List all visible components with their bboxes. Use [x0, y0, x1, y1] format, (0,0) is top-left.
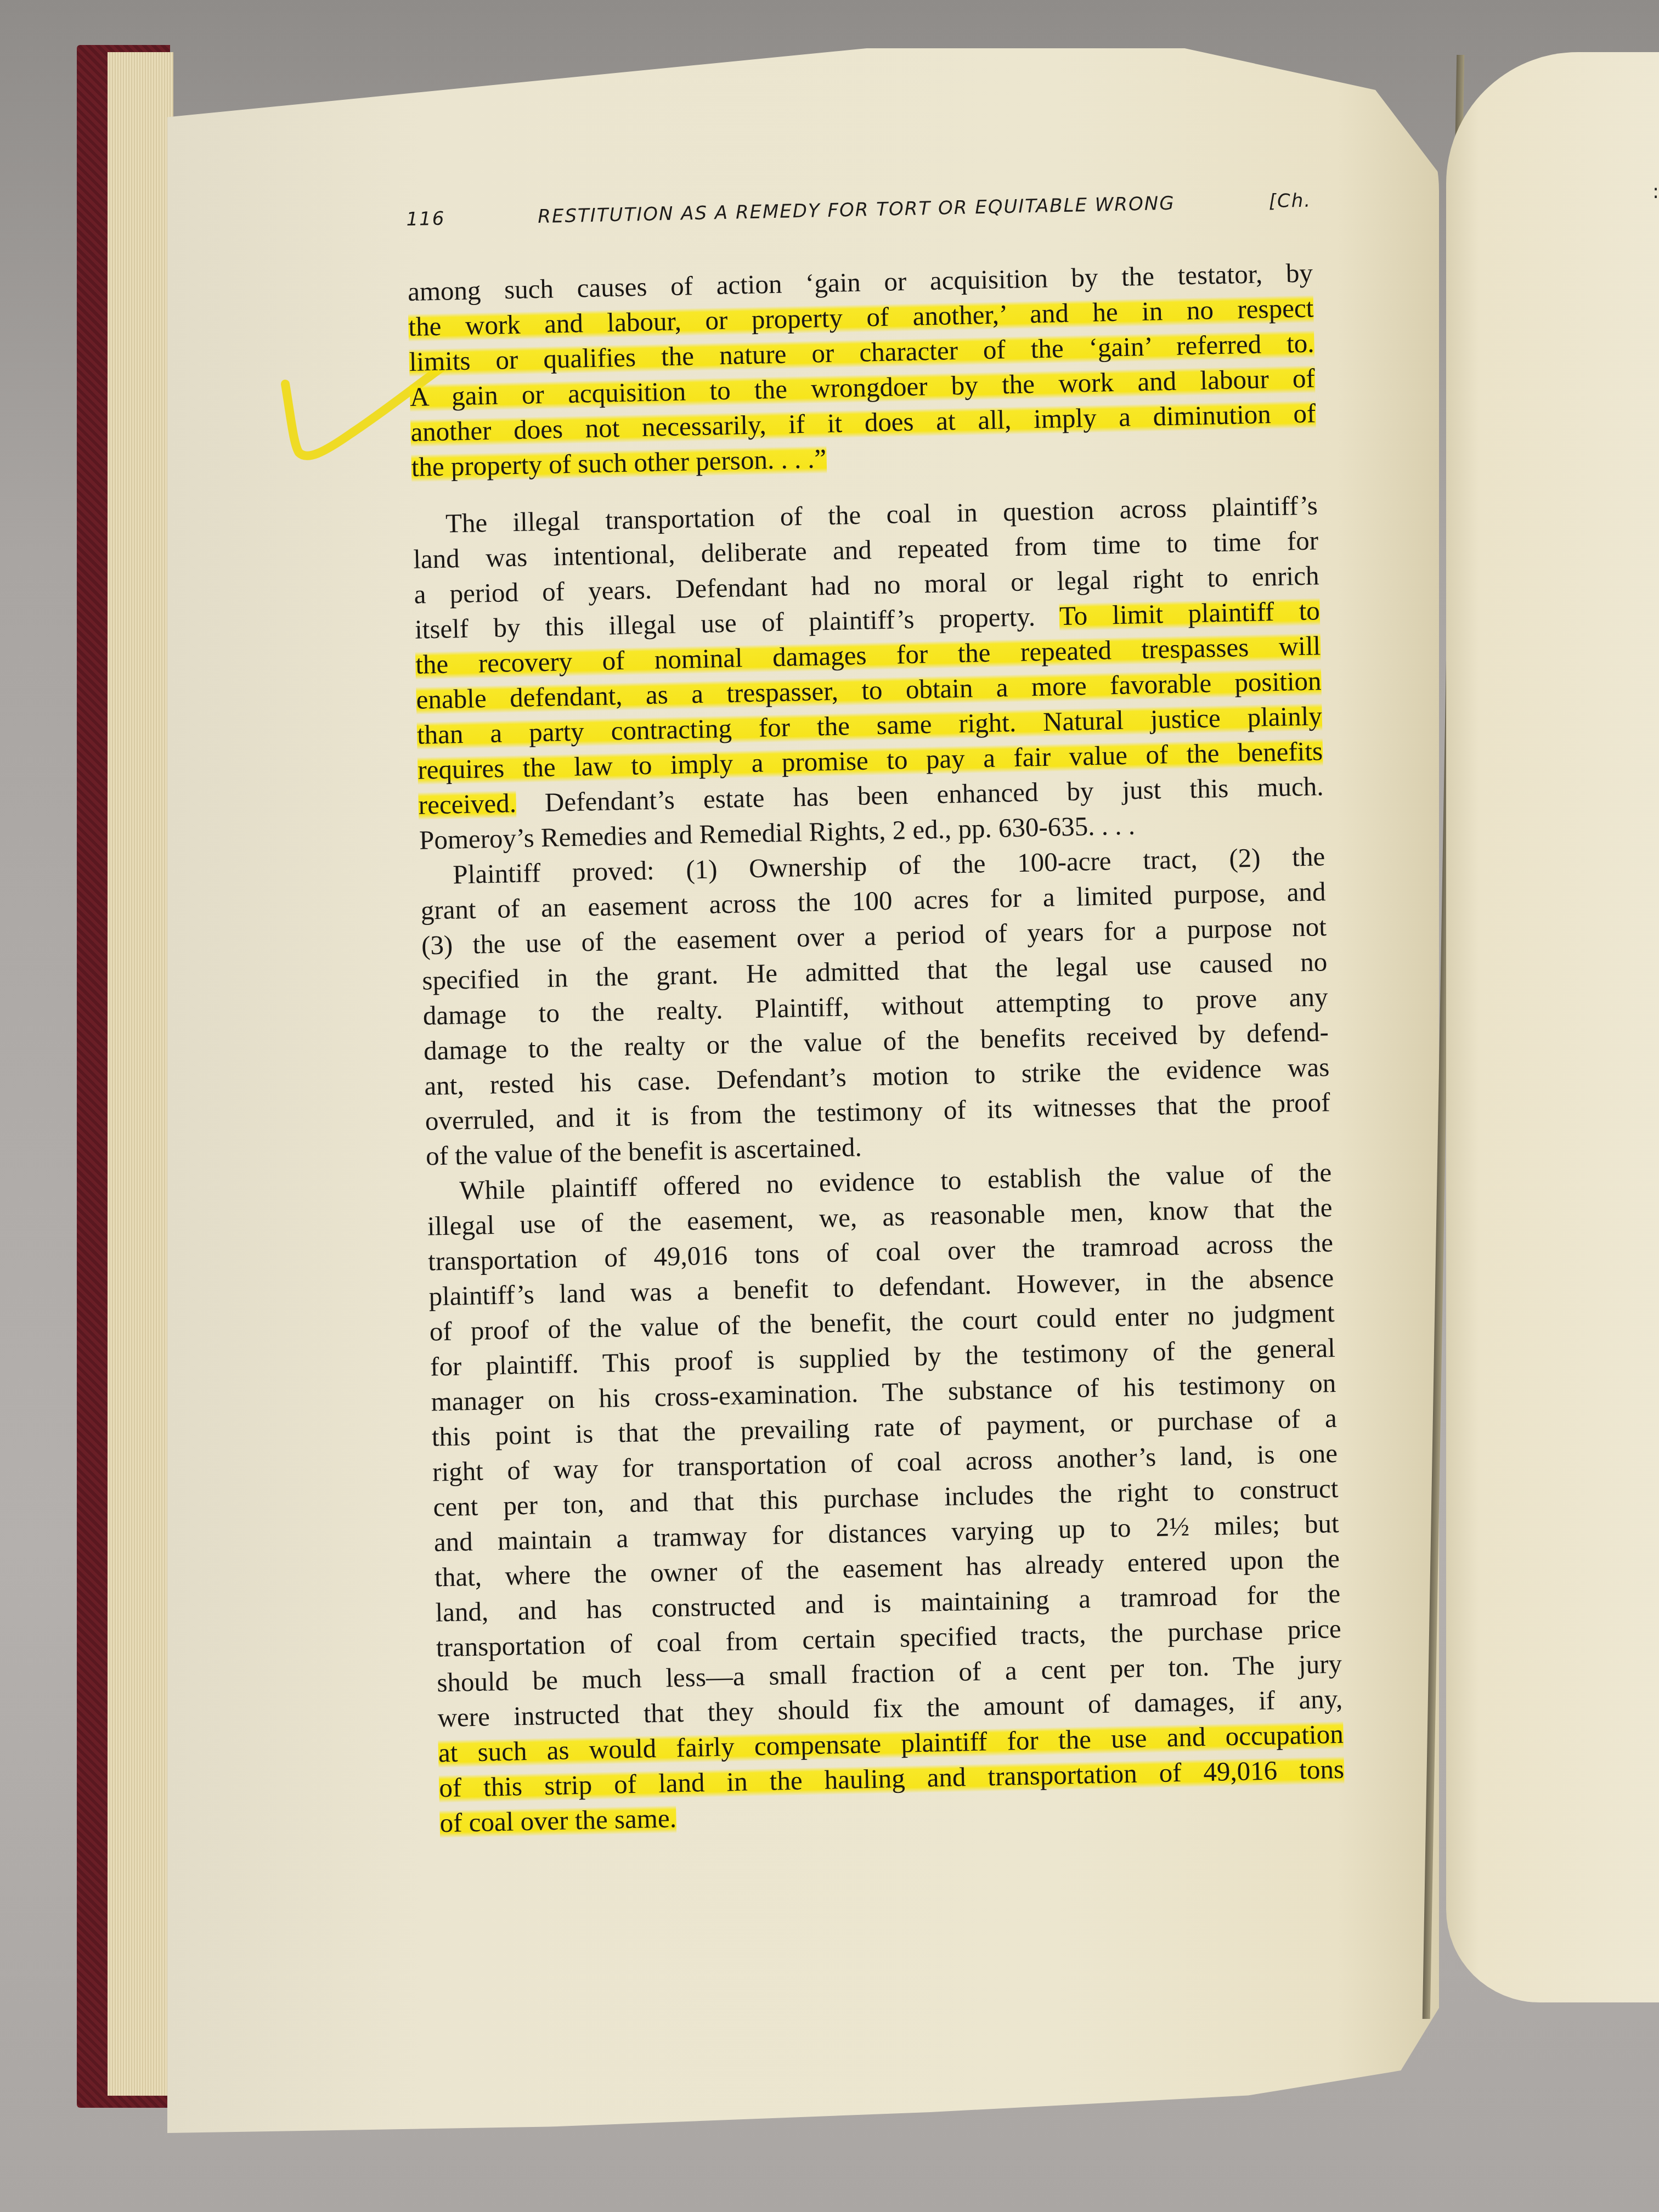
page-number: 116: [406, 206, 538, 230]
right-page-margin-mark: :: [1652, 187, 1659, 198]
body-paragraphs: among such causes of action ‘gain or acq…: [408, 255, 1345, 1841]
page-text: 116 RESTITUTION AS A REMEDY FOR TORT OR …: [406, 189, 1345, 1841]
right-page: [1446, 52, 1659, 2002]
highlighted-text: the property of such other person. . . .…: [411, 443, 827, 482]
line-text: of the value of the benefit is ascertain…: [426, 1132, 862, 1171]
highlighted-text: To limit plaintiff to: [1059, 595, 1321, 631]
paragraph: The illegal transportation of the coal i…: [412, 488, 1324, 857]
chapter-mark: [Ch.: [1256, 189, 1312, 212]
paragraph: While plaintiff offered no evidence to e…: [426, 1155, 1345, 1841]
paragraph: Plaintiff proved: (1) Ownership of the 1…: [420, 839, 1331, 1173]
paragraph: among such causes of action ‘gain or acq…: [408, 255, 1317, 484]
highlighted-text: of coal over the same.: [439, 1803, 676, 1838]
page-edges: [108, 52, 173, 2096]
highlighted-text: received.: [418, 788, 516, 820]
